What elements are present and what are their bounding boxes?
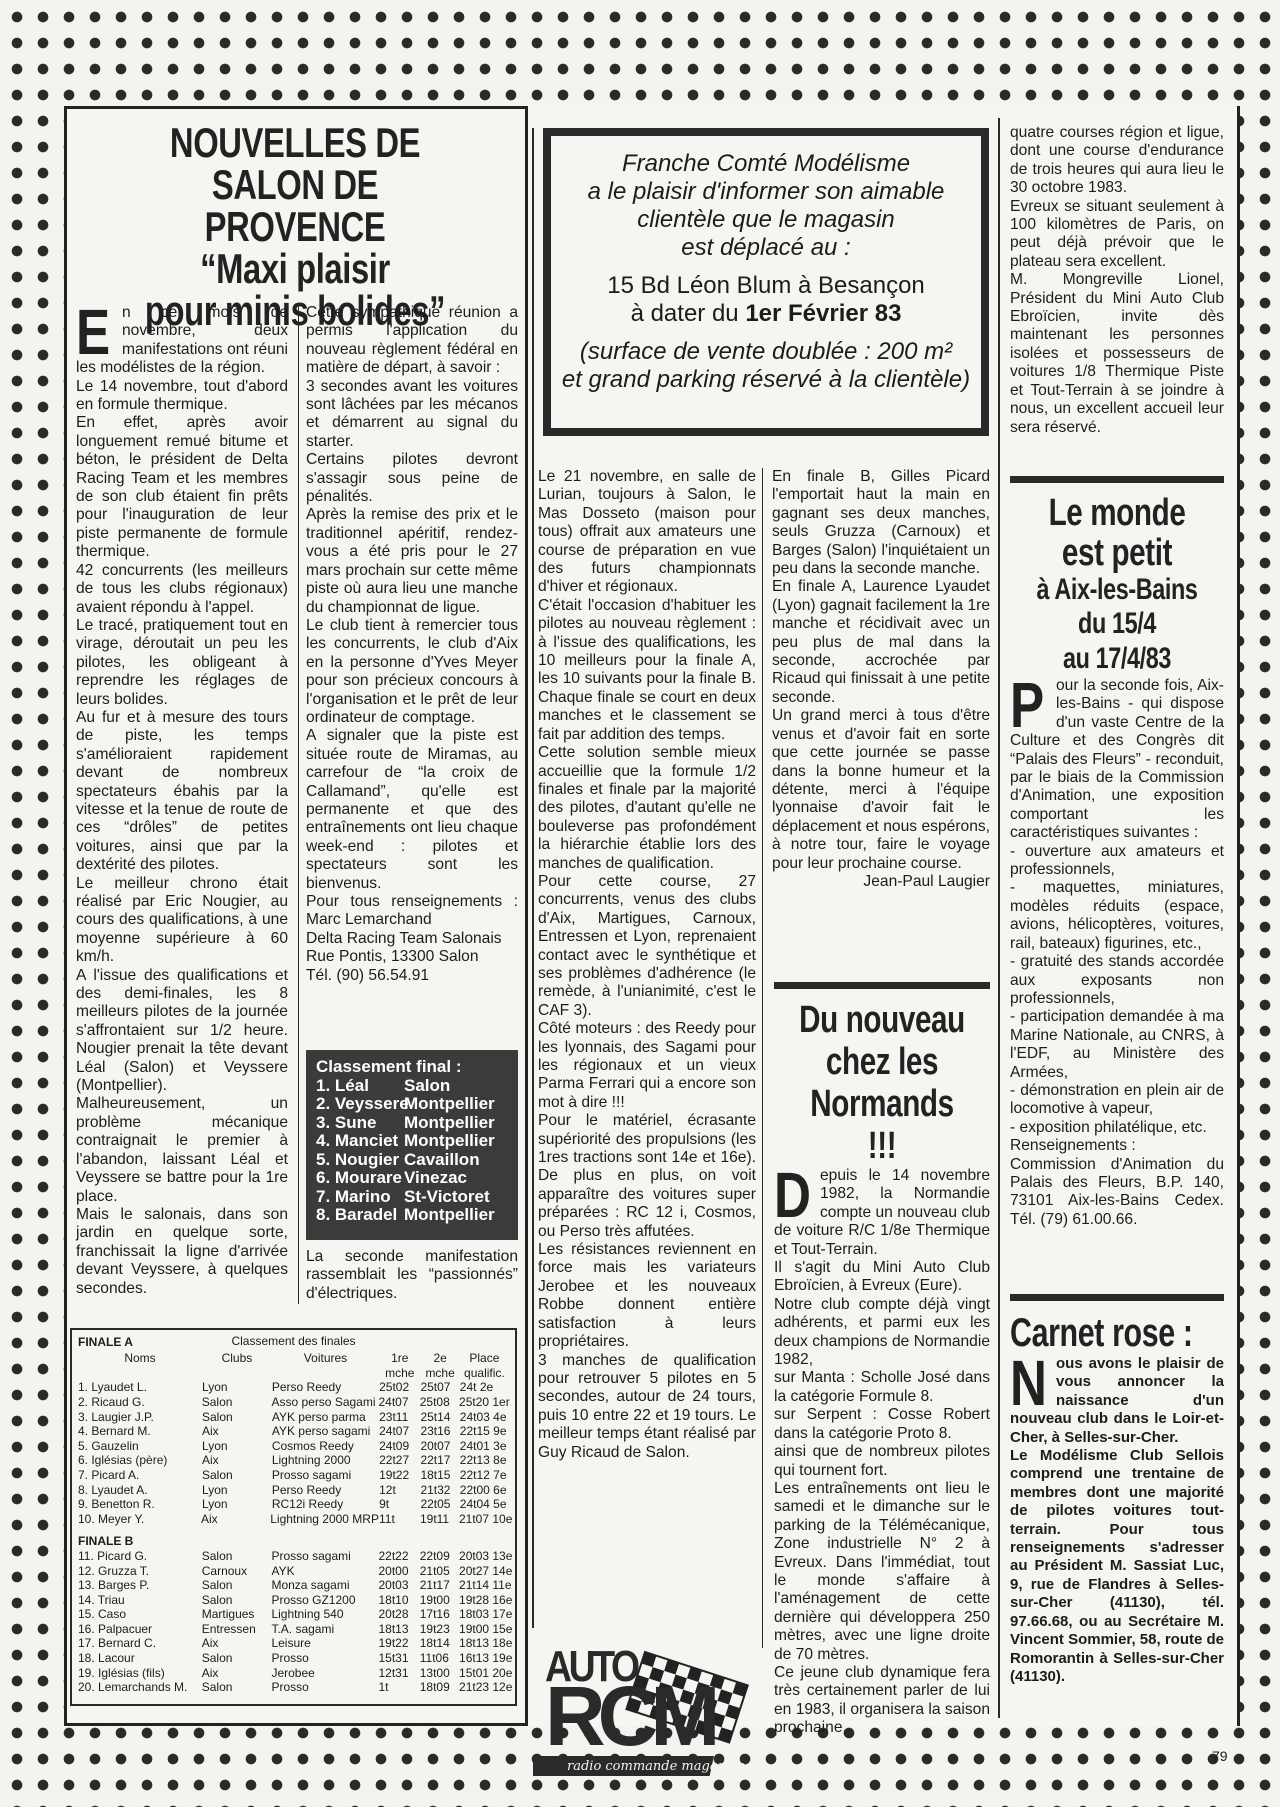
car: AYK perso parma: [272, 1410, 379, 1425]
manche-1: 20t00: [378, 1564, 419, 1579]
paragraph: Après la remise des prix et le tradition…: [306, 506, 518, 616]
finale-b-label: FINALE B: [78, 1534, 509, 1549]
paragraph: 3 secondes avant les voitures sont lâché…: [306, 378, 518, 452]
paragraph: Le tracé, pratiquement tout en virage, d…: [76, 617, 288, 709]
page-number: 79: [1212, 1748, 1228, 1764]
manche-2: 19t11: [420, 1512, 459, 1527]
manche-2: 23t16: [420, 1424, 459, 1439]
club: Salon: [202, 1468, 272, 1483]
paragraph: Le meilleur chrono était réalisé par Eri…: [76, 875, 288, 967]
aix-title-line: est petit: [1034, 533, 1201, 573]
header-place: Place qualific.: [460, 1351, 509, 1380]
club: Aix: [202, 1666, 272, 1681]
table-row: 7. Picard A.SalonProsso sagami19t2218t15…: [78, 1468, 509, 1483]
manche-1: 15t31: [378, 1651, 419, 1666]
signature: Jean-Paul Laugier: [772, 873, 990, 891]
paragraph: Pour le matériel, écrasante supériorité …: [538, 1112, 756, 1241]
place-qualif: 21t14 11e: [459, 1578, 509, 1593]
paragraph: Le club tient à remercier tous les concu…: [306, 617, 518, 727]
classement-row: 4. MancietMontpellier: [316, 1132, 508, 1151]
club: Lyon: [202, 1497, 272, 1512]
place-qualif: 22t13 8e: [460, 1453, 509, 1468]
contact-line: Rue Pontis, 13300 Salon: [306, 948, 518, 966]
car: Jerobee: [271, 1666, 378, 1681]
table-row: 4. Bernard M.AixAYK perso sagami24t0723t…: [78, 1424, 509, 1439]
normands-article: Du nouveau chez les Normands !!! D epuis…: [774, 982, 990, 1738]
classement-row: 3. SuneMontpellier: [316, 1114, 508, 1133]
manche-1: 22t27: [379, 1453, 420, 1468]
dropcap-e: E: [76, 306, 108, 358]
ad-address: 15 Bd Léon Blum à Besançon: [551, 272, 981, 300]
driver-name: 20. Lemarchands M.: [78, 1680, 202, 1695]
driver-name: 4. Bernard M.: [78, 1424, 202, 1439]
driver-name: 2. Veyssere: [316, 1095, 404, 1114]
place-qualif: 22t15 9e: [460, 1424, 509, 1439]
table-row: 5. GauzelinLyonCosmos Reedy24t0920t0724t…: [78, 1439, 509, 1454]
driver-name: 7. Marino: [316, 1188, 404, 1207]
driver-name: 16. Palpacuer: [78, 1622, 202, 1637]
car: Perso Reedy: [272, 1483, 379, 1498]
driver-name: 2. Ricaud G.: [78, 1395, 202, 1410]
car: Prosso sagami: [272, 1468, 379, 1483]
place-qualif: 18t13 18e: [459, 1636, 509, 1651]
club: Aix: [202, 1453, 272, 1468]
header-manche-1: 1re mche: [379, 1351, 420, 1380]
ad-footer-line: (surface de vente doublée : 200 m²: [551, 338, 981, 366]
paragraph: quatre courses région et ligue, dont une…: [1010, 124, 1224, 198]
manche-2: 22t17: [420, 1453, 459, 1468]
ad-footer-line: et grand parking réservé à la clientèle): [551, 366, 981, 394]
club: Lyon: [202, 1483, 272, 1498]
paragraph: Mais le salonais, dans son jardin en que…: [76, 1206, 288, 1298]
paragraph: Le 21 novembre, en salle de Lurian, touj…: [538, 468, 756, 597]
manche-2: 11t06: [420, 1651, 459, 1666]
manche-1: 9t: [379, 1497, 420, 1512]
classement-row: 6. MourareVinezac: [316, 1169, 508, 1188]
classement-row: 1. LéalSalon: [316, 1077, 508, 1096]
paragraph: Un grand merci à tous d'être venus et d'…: [772, 707, 990, 873]
headline-line: “Maxi plaisir: [120, 248, 471, 290]
club-name: Montpellier: [404, 1095, 495, 1114]
manche-1: 20t28: [378, 1607, 419, 1622]
paragraph: Les résistances reviennent en force mais…: [538, 1241, 756, 1351]
paragraph: Evreux se situant seulement à 100 kilomè…: [1010, 198, 1224, 272]
club: Lyon: [202, 1439, 272, 1454]
club: Salon: [202, 1395, 272, 1410]
car: Asso perso Sagami: [271, 1395, 378, 1410]
driver-name: 9. Benetton R.: [78, 1497, 202, 1512]
club-name: Vinezac: [404, 1169, 467, 1188]
manche-2: 20t07: [420, 1439, 459, 1454]
driver-name: 4. Manciet: [316, 1132, 404, 1151]
section-rule: [1010, 1294, 1224, 1301]
carnet-rose-article: Carnet rose : N ous avons le plaisir de …: [1010, 1294, 1224, 1686]
place-qualif: 24t 2e: [460, 1380, 509, 1395]
manche-1: 18t10: [378, 1593, 419, 1608]
normands-title-line: Du nouveau: [798, 999, 966, 1041]
classement-row: 2. VeyssereMontpellier: [316, 1095, 508, 1114]
manche-1: 11t: [379, 1512, 420, 1527]
paragraph: Au fur et à mesure des tours de piste, l…: [76, 709, 288, 875]
paragraph: Notre club compte déjà vingt adhérents, …: [774, 1296, 990, 1370]
header-voitures: Voitures: [272, 1351, 379, 1380]
table-row: 11. Picard G.SalonProsso sagami22t2222t0…: [78, 1549, 509, 1564]
contact-line: Tél. (90) 56.54.91: [306, 967, 518, 985]
headline-line: NOUVELLES DE: [120, 122, 471, 164]
ad-date-prefix: à dater du: [631, 300, 746, 327]
table-row: 19. Iglésias (fils)AixJerobee12t3113t001…: [78, 1666, 509, 1681]
manche-2: 25t07: [420, 1380, 459, 1395]
table-row: 9. Benetton R.LyonRC12i Reedy9t22t0524t0…: [78, 1497, 509, 1512]
manche-1: 12t: [379, 1483, 420, 1498]
driver-name: 14. Triau: [78, 1593, 202, 1608]
driver-name: 7. Picard A.: [78, 1468, 202, 1483]
paragraph: Cette solution semble mieux accueillie q…: [538, 744, 756, 873]
club-name: Salon: [404, 1077, 450, 1096]
club: Carnoux: [202, 1564, 272, 1579]
manche-1: 23t11: [379, 1410, 420, 1425]
car: T.A. sagami: [271, 1622, 378, 1637]
paragraph: Il s'agit du Mini Auto Club Ebroïcien, à…: [774, 1259, 990, 1296]
table-row: 15. CasoMartiguesLightning 54020t2817t16…: [78, 1607, 509, 1622]
club-name: Montpellier: [404, 1206, 495, 1225]
place-qualif: 24t03 4e: [460, 1410, 509, 1425]
car: Lightning 2000: [272, 1453, 379, 1468]
ad-line: clientèle que le magasin: [551, 206, 981, 234]
dropcap-d: D: [774, 1169, 806, 1221]
car: Prosso sagami: [271, 1549, 378, 1564]
manche-2: 18t09: [420, 1680, 459, 1695]
aix-title-line: du 15/4: [1034, 607, 1201, 641]
paragraph: ainsi que de nombreux pilotes qui tourne…: [774, 1443, 990, 1480]
table-row: 2. Ricaud G.SalonAsso perso Sagami24t072…: [78, 1395, 509, 1410]
manche-1: 25t02: [379, 1380, 420, 1395]
manche-2: 21t05: [420, 1564, 459, 1579]
manche-2: 25t08: [420, 1395, 459, 1410]
paragraph: En effet, après avoir longuement remué b…: [76, 414, 288, 561]
club: Aix: [202, 1424, 272, 1439]
paragraph: M. Mongreville Lionel, Président du Mini…: [1010, 271, 1224, 437]
normands-title-line: chez les: [798, 1041, 966, 1083]
paragraph: A l'issue des qualifications et des demi…: [76, 967, 288, 1206]
results-table: Classement des finales FINALE A Noms Clu…: [70, 1328, 517, 1706]
finale-a-rows: 1. Lyaudet L.LyonPerso Reedy25t0225t0724…: [78, 1380, 509, 1526]
ad-line: est déplacé au :: [551, 234, 981, 262]
classement-row: 5. NougierCavaillon: [316, 1151, 508, 1170]
driver-name: 19. Iglésias (fils): [78, 1666, 202, 1681]
classement-row: 8. BaradelMontpellier: [316, 1206, 508, 1225]
club-name: Montpellier: [404, 1132, 495, 1151]
driver-name: 3. Laugier J.P.: [78, 1410, 202, 1425]
place-qualif: 22t12 7e: [460, 1468, 509, 1483]
driver-name: 18. Lacour: [78, 1651, 202, 1666]
driver-name: 10. Meyer Y.: [78, 1512, 201, 1527]
table-row: 18. LacourSalonProsso15t3111t0616t13 19e: [78, 1651, 509, 1666]
table-row: 8. Lyaudet A.LyonPerso Reedy12t21t3222t0…: [78, 1483, 509, 1498]
classement-row: 7. MarinoSt-Victoret: [316, 1188, 508, 1207]
car: Leisure: [271, 1636, 378, 1651]
paragraph: Pour cette course, 27 concurrents, venus…: [538, 873, 756, 1020]
driver-name: 6. Iglésias (père): [78, 1453, 202, 1468]
table-row: 10. Meyer Y.AixLightning 2000 MRP11t19t1…: [78, 1512, 509, 1527]
logo-tagline: radio commande magazine: [567, 1759, 745, 1774]
manche-2: 21t17: [420, 1578, 459, 1593]
paragraph: Le Modélisme Club Sellois comprend une t…: [1010, 1447, 1224, 1686]
column-divider: [298, 304, 299, 1304]
club: Aix: [202, 1636, 272, 1651]
franche-comte-ad: Franche Comté Modélisme a le plaisir d'i…: [543, 128, 989, 436]
headline-line: SALON DE PROVENCE: [120, 164, 471, 248]
club: Martigues: [202, 1607, 272, 1622]
ad-date-bold: 1er Février 83: [745, 300, 901, 327]
manche-1: 24t09: [379, 1439, 420, 1454]
place-qualif: 22t00 6e: [460, 1483, 509, 1498]
header-clubs: Clubs: [202, 1351, 272, 1380]
aix-title-line: à Aix-les-Bains: [1034, 573, 1201, 607]
car: Prosso: [271, 1680, 378, 1695]
manche-1: 24t07: [379, 1424, 420, 1439]
manche-2: 17t16: [420, 1607, 459, 1622]
dropcap-p: P: [1010, 679, 1042, 731]
manche-1: 24t07: [378, 1395, 419, 1410]
paragraph: Commission d'Animation du Palais des Fle…: [1010, 1156, 1224, 1230]
manche-2: 13t00: [420, 1666, 459, 1681]
paragraph: En finale B, Gilles Picard l'emportait h…: [772, 468, 990, 578]
column-divider: [762, 468, 763, 1648]
club: Salon: [202, 1578, 272, 1593]
manche-2: 19t00: [420, 1593, 459, 1608]
paragraph: sur Manta : Scholle José dans la catégor…: [774, 1369, 990, 1406]
paragraph: - participation demandée à ma Marine Nat…: [1010, 1008, 1224, 1082]
paragraph: La seconde manifestation rassemblait les…: [306, 1248, 518, 1303]
place-qualif: 20t27 14e: [459, 1564, 509, 1579]
car: RC12i Reedy: [272, 1497, 379, 1512]
club: Salon: [202, 1593, 272, 1608]
place-qualif: 15t01 20e: [459, 1666, 509, 1681]
table-row: 1. Lyaudet L.LyonPerso Reedy25t0225t0724…: [78, 1380, 509, 1395]
place-qualif: 16t13 19e: [459, 1651, 509, 1666]
manche-2: 18t14: [420, 1636, 459, 1651]
paragraph: - maquettes, miniatures, modèles réduits…: [1010, 879, 1224, 953]
driver-name: 8. Baradel: [316, 1206, 404, 1225]
manche-1: 12t31: [378, 1666, 419, 1681]
classement-final-box: Classement final : 1. LéalSalon 2. Veyss…: [306, 1050, 518, 1240]
club: Salon: [202, 1410, 272, 1425]
paragraph: Les entraînements ont lieu le samedi et …: [774, 1480, 990, 1664]
logo-rcm-text: RCM: [545, 1674, 712, 1758]
manche-2: 25t14: [420, 1410, 459, 1425]
column-divider: [998, 118, 1000, 1718]
paragraph: A signaler que la piste est située route…: [306, 727, 518, 893]
paragraph: Certains pilotes devront s'assagir sous …: [306, 451, 518, 506]
salon-column-1: E n ce mois de novembre, deux manifestat…: [76, 304, 288, 1298]
driver-name: 13. Barges P.: [78, 1578, 202, 1593]
paragraph: sur Serpent : Cosse Robert dans la catég…: [774, 1406, 990, 1443]
contact-line: Delta Racing Team Salonais: [306, 930, 518, 948]
place-qualif: 24t01 3e: [460, 1439, 509, 1454]
driver-name: 15. Caso: [78, 1607, 202, 1622]
car: Lightning 540: [271, 1607, 378, 1622]
salon-column-3: Le 21 novembre, en salle de Lurian, touj…: [538, 468, 756, 1462]
paragraph: - ouverture aux amateurs et professionne…: [1010, 843, 1224, 880]
table-row: 20. Lemarchands M.SalonProsso1t18t0921t2…: [78, 1680, 509, 1695]
car: Prosso GZ1200: [271, 1593, 378, 1608]
salon-headline: NOUVELLES DE SALON DE PROVENCE “Maxi pla…: [70, 122, 520, 332]
club-name: Montpellier: [404, 1114, 495, 1133]
manche-2: 22t09: [420, 1549, 459, 1564]
table-row: 6. Iglésias (père)AixLightning 200022t27…: [78, 1453, 509, 1468]
place-qualif: 19t28 16e: [459, 1593, 509, 1608]
manche-2: 19t23: [420, 1622, 459, 1637]
normands-title-line: Normands !!!: [798, 1083, 966, 1167]
paragraph: C'était l'occasion d'habituer les pilote…: [538, 597, 756, 744]
paragraph: Le 14 novembre, tout d'abord en formule …: [76, 378, 288, 415]
driver-name: 5. Gauzelin: [78, 1439, 202, 1454]
manche-1: 20t03: [378, 1578, 419, 1593]
salon-column-2: Cette sympathique réunion a permis l'app…: [306, 304, 518, 985]
after-box-text: La seconde manifestation rassemblait les…: [306, 1248, 518, 1303]
driver-name: 1. Lyaudet L.: [78, 1380, 202, 1395]
section-rule: [1010, 476, 1224, 483]
club: Salon: [202, 1651, 272, 1666]
paragraph: - gratuité des stands accordée aux expos…: [1010, 953, 1224, 1008]
place-qualif: 21t23 12e: [459, 1680, 509, 1695]
driver-name: 8. Lyaudet A.: [78, 1483, 202, 1498]
table-row: 12. Gruzza T.CarnouxAYK20t0021t0520t27 1…: [78, 1564, 509, 1579]
ad-date: à dater du 1er Février 83: [551, 300, 981, 328]
place-qualif: 20t03 13e: [459, 1549, 509, 1564]
club-name: Cavaillon: [404, 1151, 480, 1170]
club-name: St-Victoret: [404, 1188, 490, 1207]
manche-1: 18t13: [378, 1622, 419, 1637]
results-header: Noms Clubs Voitures 1re mche 2e mche Pla…: [78, 1351, 509, 1380]
club: Lyon: [202, 1380, 272, 1395]
car: Lightning 2000 MRP: [270, 1512, 379, 1527]
finale-b-rows: 11. Picard G.SalonProsso sagami22t2222t0…: [78, 1549, 509, 1695]
paragraph: Renseignements :: [1010, 1137, 1224, 1155]
car: AYK perso sagami: [272, 1424, 379, 1439]
paragraph: 42 concurrents (les meilleurs de tous le…: [76, 562, 288, 617]
place-qualif: 24t04 5e: [460, 1497, 509, 1512]
manche-1: 1t: [378, 1680, 419, 1695]
driver-name: 3. Sune: [316, 1114, 404, 1133]
paragraph: En finale A, Laurence Lyaudet (Lyon) gag…: [772, 578, 990, 707]
place-qualif: 18t03 17e: [459, 1607, 509, 1622]
manche-1: 19t22: [378, 1636, 419, 1651]
paragraph: - exposition philatélique, etc.: [1010, 1119, 1224, 1137]
salon-column-4: En finale B, Gilles Picard l'emportait h…: [772, 468, 990, 891]
paragraph: 3 manches de qualification pour retrouve…: [538, 1352, 756, 1462]
driver-name: 11. Picard G.: [78, 1549, 202, 1564]
table-row: 17. Bernard C.AixLeisure19t2218t1418t13 …: [78, 1636, 509, 1651]
contact-line: Pour tous renseignements : Marc Lemarcha…: [306, 893, 518, 930]
manche-1: 19t22: [379, 1468, 420, 1483]
header-noms: Noms: [78, 1351, 202, 1380]
table-row: 13. Barges P.SalonMonza sagami20t0321t17…: [78, 1578, 509, 1593]
place-qualif: 19t00 15e: [459, 1622, 509, 1637]
paragraph: Ce jeune club dynamique fera très certai…: [774, 1664, 990, 1738]
table-row: 16. PalpacuerEntressenT.A. sagami18t1319…: [78, 1622, 509, 1637]
driver-name: 1. Léal: [316, 1077, 404, 1096]
paragraph: Côté moteurs : des Reedy pour les lyonna…: [538, 1020, 756, 1112]
club: Salon: [202, 1680, 272, 1695]
table-row: 14. TriauSalonProsso GZ120018t1019t0019t…: [78, 1593, 509, 1608]
manche-2: 21t32: [420, 1483, 459, 1498]
auto-rcm-logo: AUTO RCM radio commande magazine: [533, 1638, 763, 1788]
car: Perso Reedy: [272, 1380, 379, 1395]
aix-title-line: Le monde: [1034, 493, 1201, 533]
place-qualif: 25t20 1er: [459, 1395, 509, 1410]
paragraph: - démonstration en plein air de locomoti…: [1010, 1082, 1224, 1119]
manche-2: 18t15: [420, 1468, 459, 1483]
manche-2: 22t05: [420, 1497, 459, 1512]
ad-line: Franche Comté Modélisme: [551, 150, 981, 178]
driver-name: 6. Mourare: [316, 1169, 404, 1188]
classement-title: Classement final :: [316, 1058, 508, 1077]
table-row: 3. Laugier J.P.SalonAYK perso parma23t11…: [78, 1410, 509, 1425]
paragraph: Cette sympathique réunion a permis l'app…: [306, 304, 518, 378]
club: Entressen: [202, 1622, 272, 1637]
section-rule: [774, 982, 990, 989]
car: Cosmos Reedy: [272, 1439, 379, 1454]
manche-1: 22t22: [378, 1549, 419, 1564]
column-divider: [532, 128, 534, 1628]
car: AYK: [271, 1564, 378, 1579]
header-manche-2: 2e mche: [420, 1351, 459, 1380]
driver-name: 17. Bernard C.: [78, 1636, 202, 1651]
aix-title-line: au 17/4/83: [1034, 641, 1201, 677]
club: Salon: [202, 1549, 272, 1564]
car: Monza sagami: [271, 1578, 378, 1593]
club: Aix: [201, 1512, 270, 1527]
car: Prosso: [271, 1651, 378, 1666]
driver-name: 5. Nougier: [316, 1151, 404, 1170]
ad-line: a le plaisir d'informer son aimable: [551, 178, 981, 206]
driver-name: 12. Gruzza T.: [78, 1564, 202, 1579]
normands-continued: quatre courses région et ligue, dont une…: [1010, 124, 1224, 437]
dropcap-n: N: [1010, 1357, 1042, 1409]
place-qualif: 21t07 10e: [459, 1512, 509, 1527]
aix-article: Le monde est petit à Aix-les-Bains du 15…: [1010, 476, 1224, 1229]
